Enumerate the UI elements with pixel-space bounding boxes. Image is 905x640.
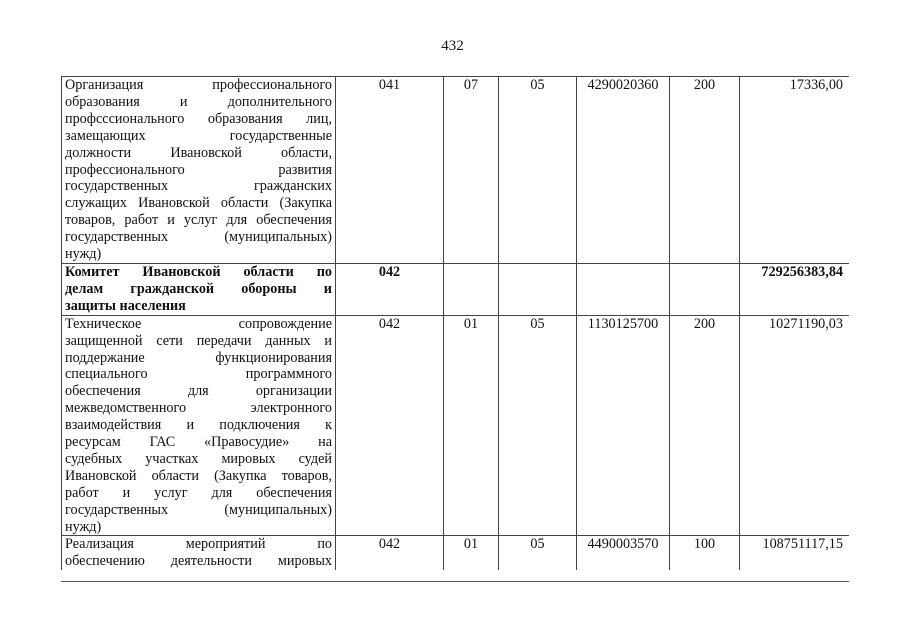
expense-type-cell: 200: [670, 315, 740, 536]
budget-table: Организация профессиональногообразования…: [61, 76, 849, 570]
target-article-cell: [577, 263, 670, 315]
amount-cell: 729256383,84: [740, 263, 850, 315]
item-name-line: взаимодействия и подключения к: [65, 417, 332, 434]
item-name-line: профсссионального образования лиц,: [65, 111, 332, 128]
expense-type-cell: [670, 263, 740, 315]
item-name-line: Техническое сопровождение: [65, 316, 332, 333]
subsection-code-cell: 05: [499, 536, 577, 570]
item-name-line: служащих Ивановской области (Закупка: [65, 195, 332, 212]
target-article-cell: 1130125700: [577, 315, 670, 536]
item-name-cell: Комитет Ивановской области поделам гражд…: [62, 263, 336, 315]
item-name-line: Комитет Ивановской области по: [65, 264, 332, 281]
section-code-cell: 07: [444, 77, 499, 264]
subsection-code-cell: [499, 263, 577, 315]
item-name-line: государственных гражданских: [65, 178, 332, 195]
subsection-code-cell: 05: [499, 77, 577, 264]
item-name-line: нужд): [65, 246, 332, 263]
amount-cell: 10271190,03: [740, 315, 850, 536]
target-article-cell: 4290020360: [577, 77, 670, 264]
item-name-cell: Реализация мероприятий пообеспечению дея…: [62, 536, 336, 570]
item-name-line: нужд): [65, 519, 332, 536]
item-name-line: делам гражданской обороны и: [65, 281, 332, 298]
item-name-line: государственных (муниципальных): [65, 229, 332, 246]
expense-type-cell: 200: [670, 77, 740, 264]
item-name-line: государственных (муниципальных): [65, 502, 332, 519]
table-row: Реализация мероприятий пообеспечению дея…: [62, 536, 850, 570]
table-row: Комитет Ивановской области поделам гражд…: [62, 263, 850, 315]
item-name-line: Организация профессионального: [65, 77, 332, 94]
item-name-line: ресурсам ГАС «Правосудие» на: [65, 434, 332, 451]
item-name-line: профессионального развития: [65, 162, 332, 179]
item-name-line: Реализация мероприятий по: [65, 536, 332, 553]
table-row: Организация профессиональногообразования…: [62, 77, 850, 264]
item-name-line: защищенной сети передачи данных и: [65, 333, 332, 350]
item-name-cell: Техническое сопровождениезащищенной сети…: [62, 315, 336, 536]
item-name-line: защиты населения: [65, 298, 332, 315]
item-name-line: замещающих государственные: [65, 128, 332, 145]
section-code-cell: [444, 263, 499, 315]
ministry-code-cell: 042: [336, 536, 444, 570]
page-number: 432: [0, 38, 905, 55]
item-name-line: обеспечения для организации: [65, 383, 332, 400]
ministry-code-cell: 041: [336, 77, 444, 264]
section-code-cell: 01: [444, 536, 499, 570]
item-name-line: работ и услуг для обеспечения: [65, 485, 332, 502]
item-name-line: товаров, работ и услуг для обеспечения: [65, 212, 332, 229]
item-name-line: специального программного: [65, 366, 332, 383]
amount-cell: 108751117,15: [740, 536, 850, 570]
item-name-line: поддержание функционирования: [65, 350, 332, 367]
item-name-line: обеспечению деятельности мировых: [65, 553, 332, 570]
ministry-code-cell: 042: [336, 315, 444, 536]
item-name-line: образования и дополнительного: [65, 94, 332, 111]
amount-cell: 17336,00: [740, 77, 850, 264]
subsection-code-cell: 05: [499, 315, 577, 536]
item-name-line: должности Ивановской области,: [65, 145, 332, 162]
target-article-cell: 4490003570: [577, 536, 670, 570]
budget-table-container: Организация профессиональногообразования…: [61, 76, 849, 582]
ministry-code-cell: 042: [336, 263, 444, 315]
item-name-line: Ивановской области (Закупка товаров,: [65, 468, 332, 485]
expense-type-cell: 100: [670, 536, 740, 570]
item-name-cell: Организация профессиональногообразования…: [62, 77, 336, 264]
item-name-line: судебных участках мировых судей: [65, 451, 332, 468]
table-row: Техническое сопровождениезащищенной сети…: [62, 315, 850, 536]
section-code-cell: 01: [444, 315, 499, 536]
item-name-line: межведомственного электронного: [65, 400, 332, 417]
